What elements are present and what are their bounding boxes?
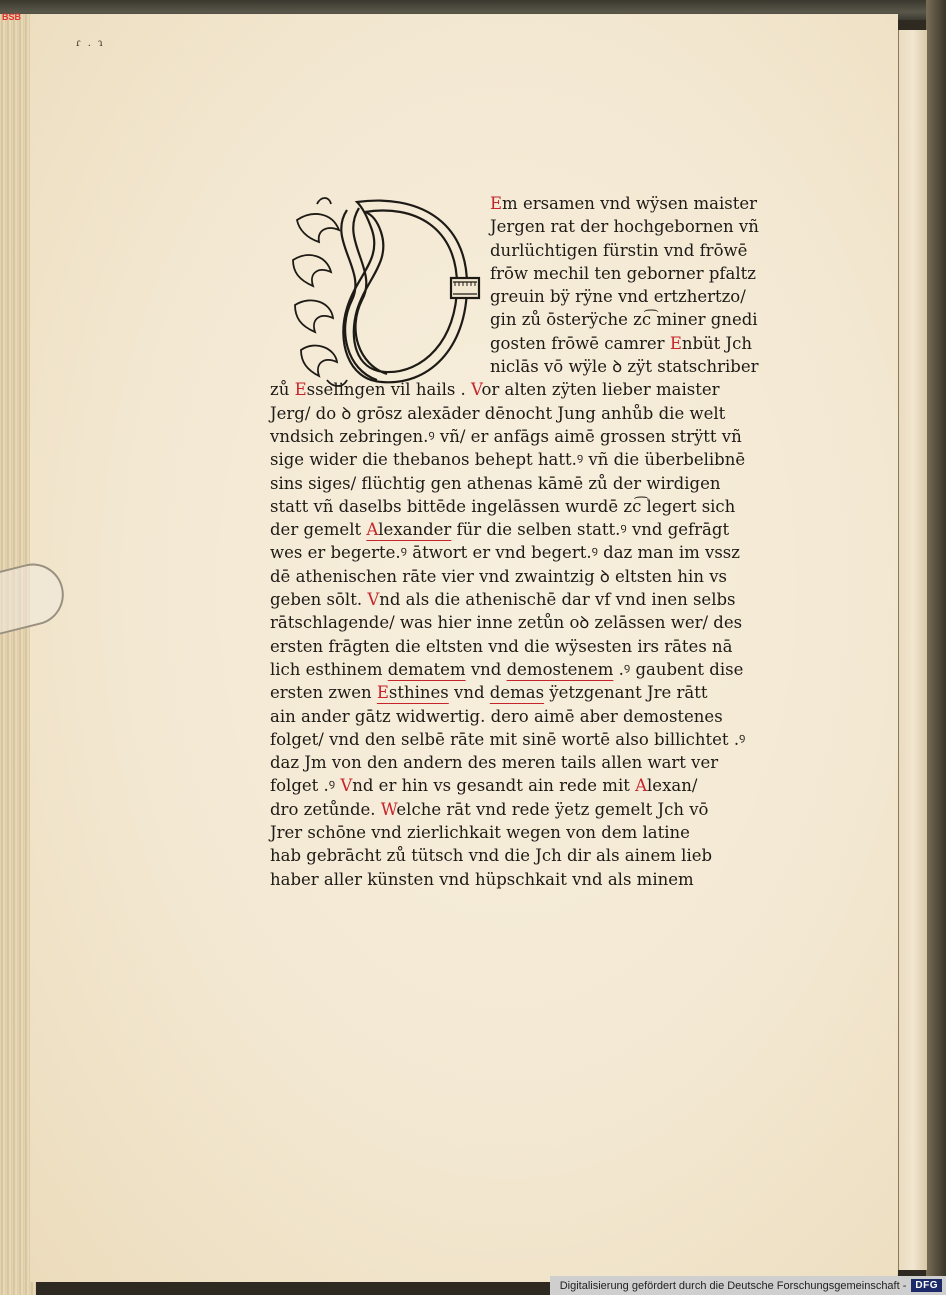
text-line: vndsich zebringen.ꝰ vñ/ er anfāgs aimē g… — [270, 425, 800, 448]
text-line: ain ander gātz widwertig. dero aimē aber… — [270, 705, 800, 728]
rubricated-letter: E — [377, 683, 389, 702]
funding-note: Digitalisierung gefördert durch die Deut… — [560, 1280, 907, 1292]
text-line: frōw mechil ten geborner pfaltz — [270, 262, 800, 285]
rubricated-letter: E — [295, 380, 307, 399]
underlined-name: sthines — [389, 683, 449, 702]
text-line: sins siges/ flüchtig gen athenas kāmē zů… — [270, 472, 800, 495]
text-line: folget/ vnd den selbē rāte mit sinē wort… — [270, 728, 800, 751]
text-line: rātschlagende/ was hier inne zetůn oꝺ ze… — [270, 611, 800, 634]
text-line: Em ersamen vnd wÿsen maister — [270, 192, 800, 215]
text-line: durlüchtigen fürstin vnd frōwē — [270, 239, 800, 262]
rubricated-letter: W — [381, 800, 397, 819]
page-gutter — [898, 30, 927, 1270]
rubricated-letter: E — [670, 334, 682, 353]
text-line: statt vñ daselbs bittēde ingelāssen wurd… — [270, 495, 800, 518]
text-line: hab gebrācht zů tütsch vnd die Jch dir a… — [270, 844, 800, 867]
text-line: ersten zwen Esthines vnd demas ÿetzgenan… — [270, 681, 800, 704]
text-line: Jerg/ do ꝺ grōsz alexāder dēnocht Jung a… — [270, 402, 800, 425]
text-line: gosten frōwē camrer Enbüt Jch — [270, 332, 800, 355]
text-line: wes er begerte.ꝰ ātwort er vnd begert.ꝰ … — [270, 541, 800, 564]
text-line: geben sōlt. Vnd als die athenischē dar v… — [270, 588, 800, 611]
underlined-name: lexander — [378, 520, 451, 539]
margin-notes: ɾ . ɿ — [76, 38, 105, 49]
text-line: Jrer schōne vnd zierlichkait wegen von d… — [270, 821, 800, 844]
rubricated-letter: E — [490, 194, 502, 213]
text-line: Jergen rat der hochgebornen vñ — [270, 215, 800, 238]
funding-banner: Digitalisierung gefördert durch die Deut… — [550, 1276, 946, 1295]
text-line: lich esthinem dematem vnd demostenem .ꝰ … — [270, 658, 800, 681]
text-line: der gemelt Alexander für die selben stat… — [270, 518, 800, 541]
underlined-name: demostenem — [507, 660, 614, 679]
body-text: Em ersamen vnd wÿsen maister Jergen rat … — [270, 192, 800, 891]
underlined-name: demas — [490, 683, 544, 702]
text-line: folget .ꝰ Vnd er hin vs gesandt ain rede… — [270, 774, 800, 797]
rubricated-letter: V — [340, 776, 352, 795]
rubricated-letter: A — [366, 520, 378, 539]
library-badge: BSB — [2, 12, 21, 22]
text-line: daz Jm von den andern des meren tails al… — [270, 751, 800, 774]
text-line: dē athenischen rāte vier vnd zwaintzig ꝺ… — [270, 565, 800, 588]
dfg-logo-icon: DFG — [911, 1279, 942, 1292]
text-line: haber aller künsten vnd hüpschkait vnd a… — [270, 868, 800, 891]
underlined-name: dematem — [388, 660, 466, 679]
text-line: dro zetůnde. Welche rāt vnd rede ÿetz ge… — [270, 798, 800, 821]
text-line: greuin bÿ rÿne vnd ertzhertzo/ — [270, 285, 800, 308]
book-binding-right — [926, 0, 946, 1295]
text-line: zů Esselingen vil hails . Vor alten zÿte… — [270, 378, 800, 401]
text-line: sige wider die thebanos behept hatt.ꝰ vñ… — [270, 448, 800, 471]
rubricated-letter: V — [367, 590, 379, 609]
rubricated-letter: V — [471, 380, 481, 399]
text-line: niclās vō wÿle ꝺ zÿt statschriber — [270, 355, 800, 378]
text-line: gin zů ōsterÿche zc͡ miner gnedi — [270, 308, 800, 331]
text-line: ersten frāgten die eltsten vnd die wÿses… — [270, 635, 800, 658]
rubricated-letter: A — [635, 776, 647, 795]
